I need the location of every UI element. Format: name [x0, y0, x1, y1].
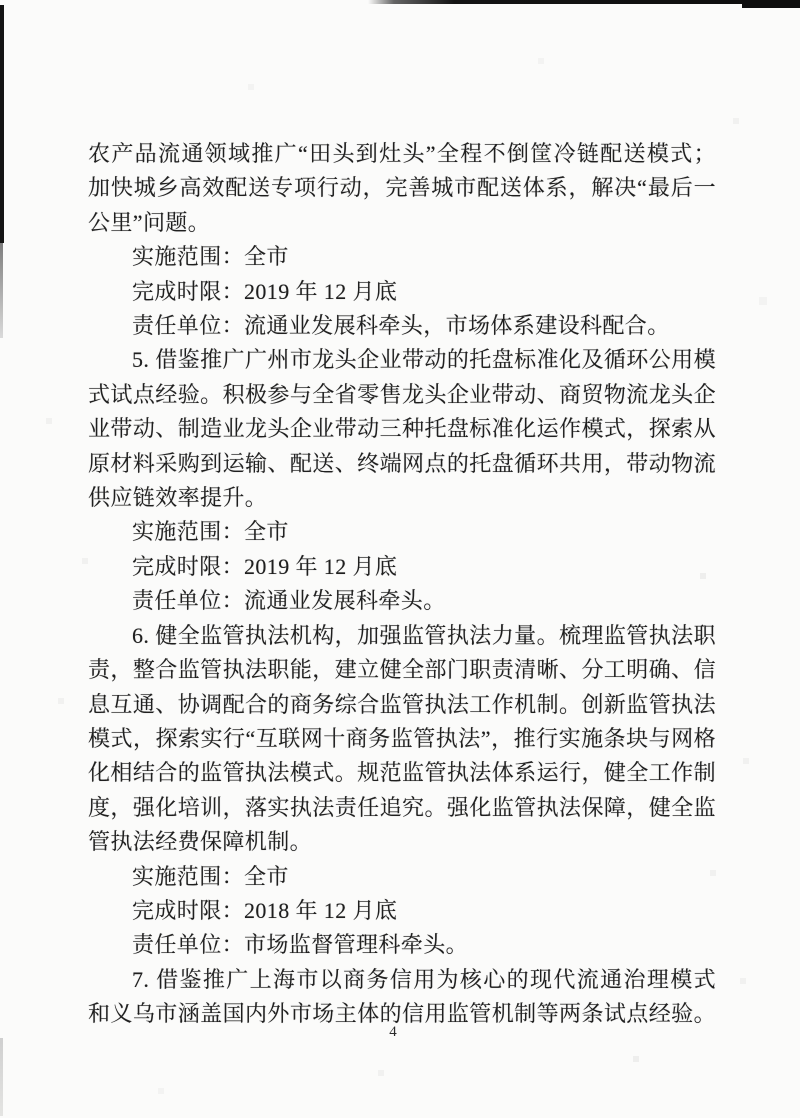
text-line: 农产品流通领域推广“田头到灶头”全程不倒筐冷链配送模式； — [88, 137, 716, 171]
text-line: 加快城乡高效配送专项行动，完善城市配送体系，解决“最后一 — [88, 171, 716, 205]
text-line: 责，整合监管执法职能，建立健全部门职责清晰、分工明确、信 — [88, 653, 716, 687]
text-line: 7. 借鉴推广上海市以商务信用为核心的现代流通治理模式 — [88, 963, 716, 997]
text-line: 原材料采购到运输、配送、终端网点的托盘循环共用，带动物流 — [88, 447, 716, 481]
scan-artifact-left-bottom-mark — [0, 1038, 3, 1116]
text-line: 实施范围：全市 — [88, 515, 716, 549]
text-line: 责任单位：流通业发展科牵头，市场体系建设科配合。 — [88, 309, 716, 343]
document-page: 农产品流通领域推广“田头到灶头”全程不倒筐冷链配送模式；加快城乡高效配送专项行动… — [0, 0, 800, 1118]
text-line: 化相结合的监管执法模式。规范监管执法体系运行，健全工作制 — [88, 756, 716, 790]
text-line: 6. 健全监管执法机构，加强监管执法力量。梳理监管执法职 — [88, 619, 716, 653]
scan-artifact-top-right-corner — [742, 0, 800, 8]
text-line: 实施范围：全市 — [88, 240, 716, 274]
document-body: 农产品流通领域推广“田头到灶头”全程不倒筐冷链配送模式；加快城乡高效配送专项行动… — [88, 137, 716, 1032]
text-line: 5. 借鉴推广广州市龙头企业带动的托盘标准化及循环公用模 — [88, 343, 716, 377]
scan-artifact-left-edge — [0, 5, 4, 243]
text-line: 息互通、协调配合的商务综合监管执法工作机制。创新监管执法 — [88, 688, 716, 722]
scan-noise-speckles — [0, 0, 2, 2]
scan-artifact-left-edge-fade — [0, 243, 3, 338]
text-line: 供应链效率提升。 — [88, 481, 716, 515]
text-line: 模式，探索实行“互联网十商务监管执法”，推行实施条块与网格 — [88, 722, 716, 756]
text-line: 业带动、制造业龙头企业带动三种托盘标准化运作模式，探索从 — [88, 412, 716, 446]
text-line: 完成时限：2019 年 12 月底 — [88, 275, 716, 309]
text-line: 完成时限：2018 年 12 月底 — [88, 894, 716, 928]
text-line: 式试点经验。积极参与全省零售龙头企业带动、商贸物流龙头企 — [88, 378, 716, 412]
scan-artifact-top-edge — [368, 0, 800, 4]
text-line: 度，强化培训，落实执法责任追究。强化监管执法保障，健全监 — [88, 791, 716, 825]
text-line: 实施范围：全市 — [88, 860, 716, 894]
text-line: 责任单位：市场监督管理科牵头。 — [88, 928, 716, 962]
text-line: 完成时限：2019 年 12 月底 — [88, 550, 716, 584]
text-line: 公里”问题。 — [88, 206, 716, 240]
page-number: 4 — [0, 1024, 786, 1041]
text-line: 责任单位：流通业发展科牵头。 — [88, 584, 716, 618]
text-line: 管执法经费保障机制。 — [88, 825, 716, 859]
